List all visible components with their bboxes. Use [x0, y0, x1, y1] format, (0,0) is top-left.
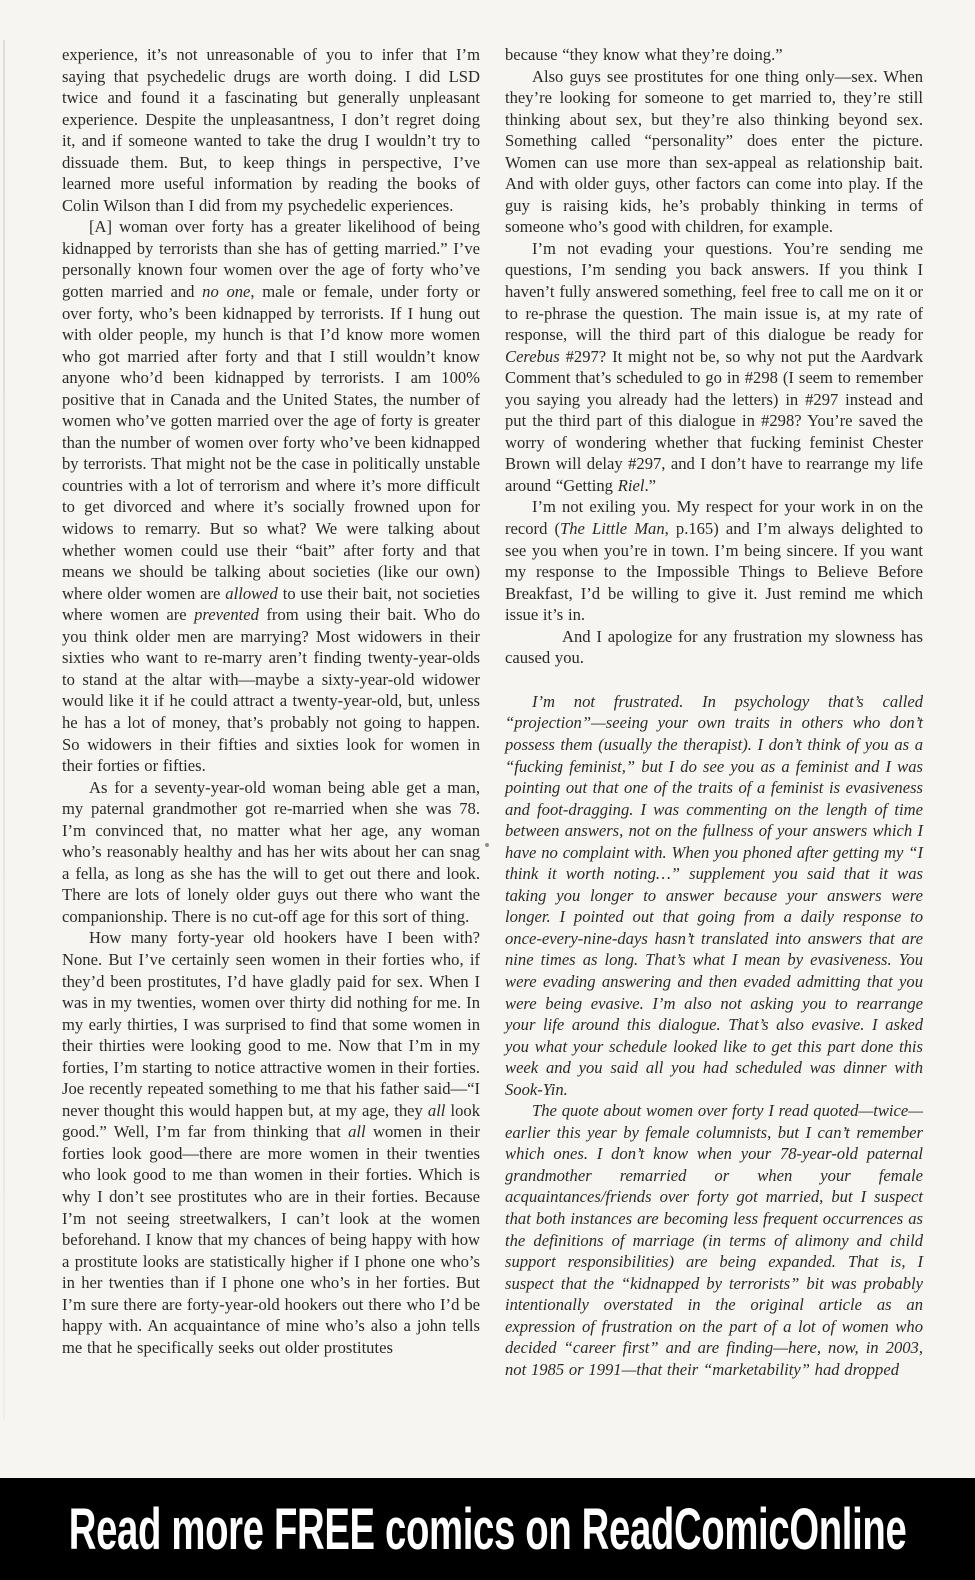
text-columns: experience, it’s not unreasonable of you… — [62, 44, 923, 1380]
paragraph: I’m not exiling you. My respect for your… — [505, 496, 923, 625]
scan-speck — [485, 843, 489, 847]
paragraph: The quote about women over forty I read … — [505, 1100, 923, 1380]
paragraph: experience, it’s not unreasonable of you… — [62, 44, 480, 216]
paragraph: As for a seventy-year-old woman being ab… — [62, 777, 480, 928]
paragraph: I’m not frustrated. In psychology that’s… — [505, 691, 923, 1100]
paragraph: And I apologize for any frustration my s… — [505, 626, 923, 669]
promo-banner[interactable]: Read more FREE comics on ReadComicOnline — [0, 1478, 975, 1580]
paragraph: Also guys see prostitutes for one thing … — [505, 66, 923, 238]
promo-banner-text: Read more FREE comics on ReadComicOnline — [69, 1496, 907, 1563]
paragraph: I’m not evading your questions. You’re s… — [505, 238, 923, 497]
paragraph: How many forty-year old hookers have I b… — [62, 927, 480, 1358]
paragraph: because “they know what they’re doing.” — [505, 44, 923, 66]
scan-edge-artifact — [3, 40, 5, 1420]
scanned-page: experience, it’s not unreasonable of you… — [0, 0, 975, 1580]
paragraph: [A] woman over forty has a greater likel… — [62, 216, 480, 776]
right-column: because “they know what they’re doing.”A… — [505, 44, 923, 1380]
left-column: experience, it’s not unreasonable of you… — [62, 44, 480, 1380]
